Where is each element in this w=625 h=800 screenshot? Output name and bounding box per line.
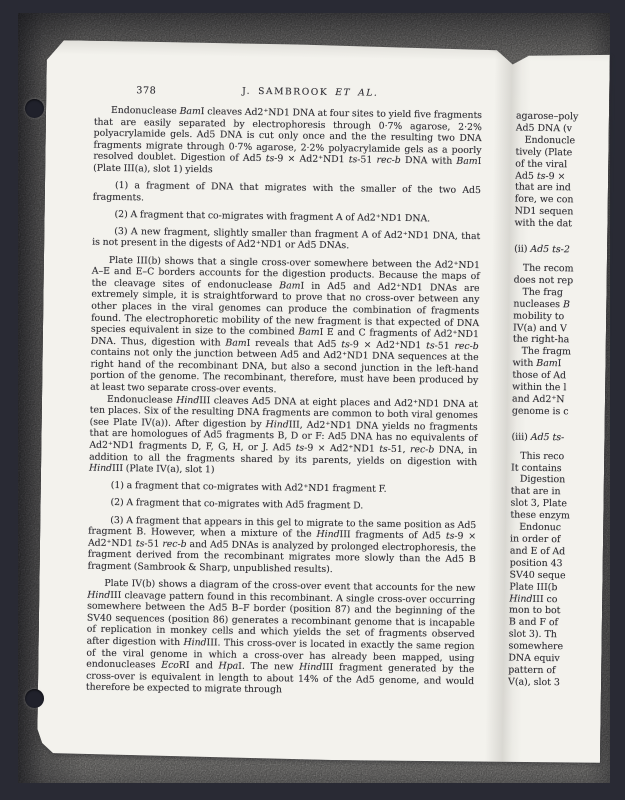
clipped-text-line: The frag [513,286,606,299]
page-number: 378 [136,85,156,96]
clipped-text-line: Ad5 DNA (v [516,122,609,135]
clipped-text-line: V(a), slot 3 [508,676,601,689]
clipped-text-line: with the dat [514,218,607,231]
paragraph: Plate III(b) shows that a single cross-o… [90,254,480,399]
section-heading: (iii) Ad5 ts- [511,431,604,444]
left-page-column: 378 J. SAMBROOK ET AL. Endonuclease BamI… [86,85,482,699]
clipped-text-line: does not rep [514,274,607,287]
clipped-text-line: of the viral [515,158,608,171]
clipped-text-line: and Ad2⁺N [512,393,605,406]
right-column: agarose–polyAd5 DNA (vEndonucletively (P… [508,111,609,690]
punch-hole-bottom [25,689,44,708]
clipped-text-line: position 43 [510,557,603,570]
clipped-text-line: SV40 seque [509,569,602,582]
paragraph: Endonuclease BamI cleaves Ad2⁺ND1 DNA at… [93,105,482,180]
clipped-text-line: mobility to [513,310,606,323]
gutter-notch-shadow [475,46,559,75]
clipped-text-line: tively (Plate [515,146,608,159]
photocopy-sheet: 378 J. SAMBROOK ET AL. Endonuclease BamI… [18,13,610,783]
list-item: (1) a fragment that co-migrates with Ad2… [89,480,477,497]
right-page-column-clipped: agarose–polyAd5 DNA (vEndonucletively (P… [508,111,609,690]
page-shadow: 378 J. SAMBROOK ET AL. Endonuclease BamI… [47,40,610,757]
clipped-text-line: The recom [514,263,607,276]
clipped-text-line: nucleases B [513,298,606,311]
clipped-text-line: Endonucle [516,134,609,147]
section-heading: (ii) Ad5 ts-2 [514,244,607,257]
list-item: (3) A fragment that appears in this gel … [88,514,477,577]
paragraph: Endonuclease HindIII cleaves Ad5 DNA at … [89,393,478,480]
paragraph: Plate IV(b) shows a diagram of the cross… [86,578,476,699]
punch-hole-top [25,99,44,118]
list-item: (1) a fragment of DNA that migrates with… [93,180,481,209]
page-header: 378 J. SAMBROOK ET AL. [94,85,482,103]
clipped-text-line: This reco [511,450,604,463]
clipped-text-line: and E of Ad [510,545,603,558]
photo-backdrop: 378 J. SAMBROOK ET AL. Endonuclease BamI… [0,0,625,800]
list-item: (2) A fragment that co-migrates with Ad5… [88,497,476,514]
left-column: Endonuclease BamI cleaves Ad2⁺ND1 DNA at… [86,105,482,699]
list-item: (3) A new fragment, slightly smaller tha… [92,225,480,254]
running-head: J. SAMBROOK ET AL. [242,87,378,99]
book-page: 378 J. SAMBROOK ET AL. Endonuclease BamI… [37,40,610,765]
clipped-text-line: genome is c [512,405,605,418]
list-item: (2) A fragment that co-migrates with fra… [92,208,480,225]
